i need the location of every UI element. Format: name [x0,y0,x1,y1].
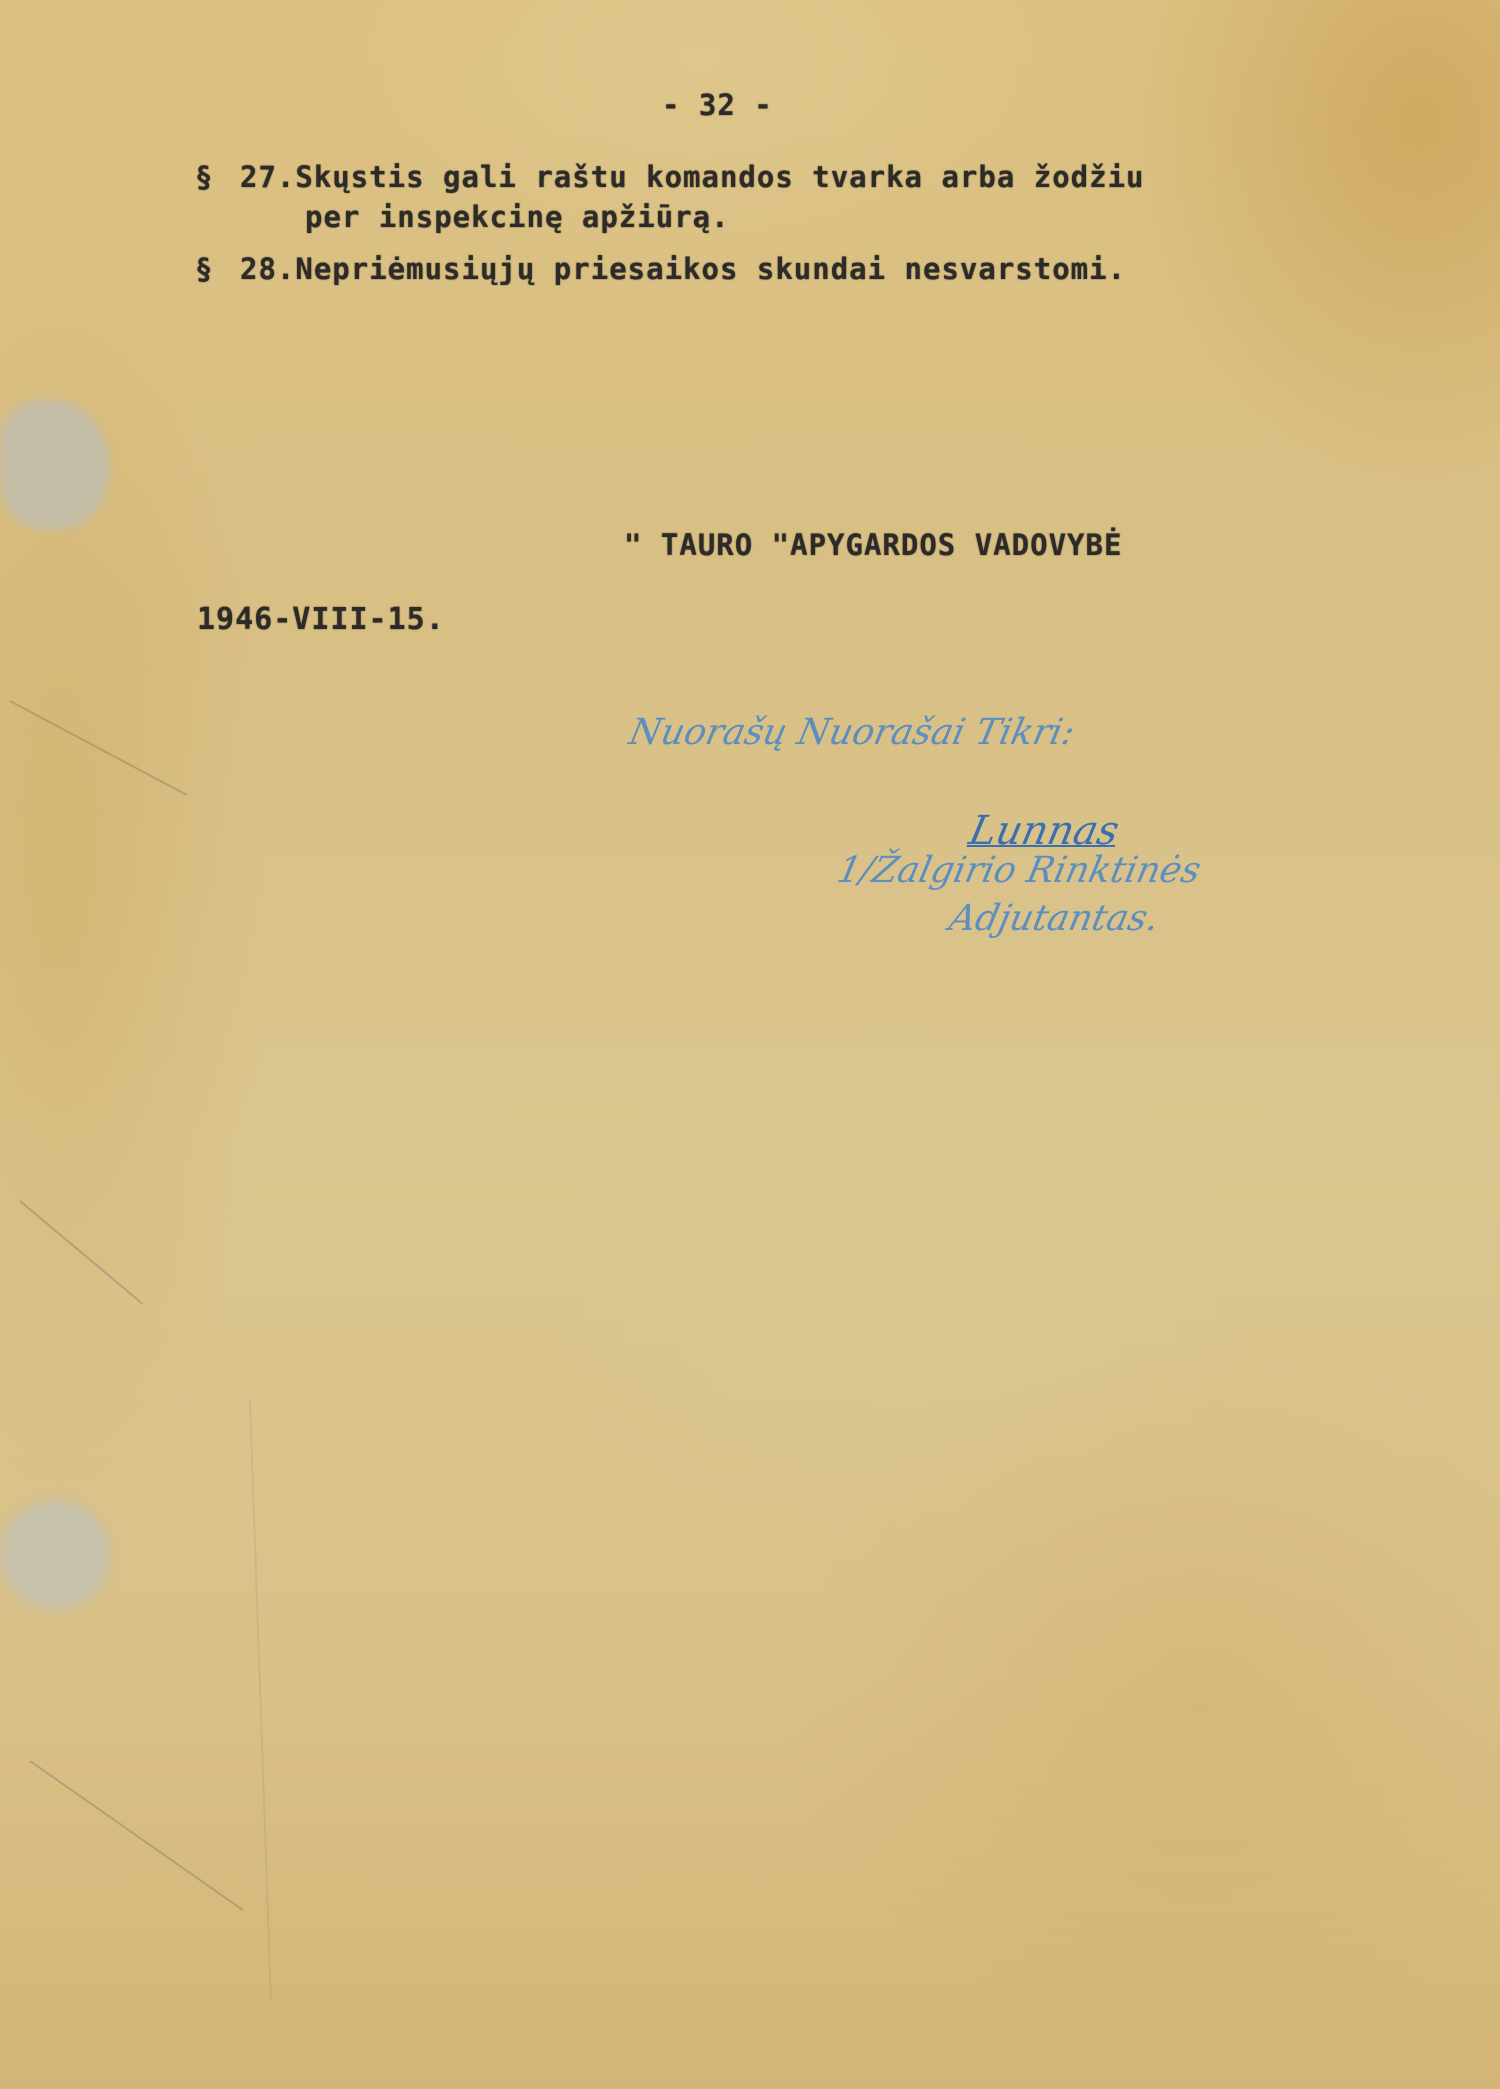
paper-crease [10,700,188,796]
document-page: - 32 - § 27.Skųstis gali raštu komandos … [0,0,1500,2089]
paper-crease [29,1760,243,1911]
paper-crease [19,1200,143,1304]
water-stain [0,1500,110,1610]
handwritten-certification: Nuorašų Nuorašai Tikri: [626,712,1079,753]
paragraph-27-line1: 27.Skųstis gali raštu komandos tvarka ar… [240,160,1145,194]
signature-block: " TAURO "APYGARDOS VADOVYBĖ [624,528,1122,562]
paragraph-mark: § [195,160,213,194]
paragraph-mark: § [195,252,213,286]
handwritten-signature: Lunnas [965,808,1123,854]
water-stain [0,400,110,530]
paragraph-27-line2: per inspekcinę apžiūrą. [305,200,730,234]
paper-crease [249,1401,272,2001]
paragraph-28-line1: 28.Nepriėmusiųjų priesaikos skundai nesv… [240,252,1126,286]
handwritten-title: Adjutantas. [946,898,1163,939]
page-number: - 32 - [662,88,773,122]
handwritten-unit: 1/Žalgirio Rinktinės [834,850,1205,891]
document-date: 1946-VIII-15. [197,602,445,637]
